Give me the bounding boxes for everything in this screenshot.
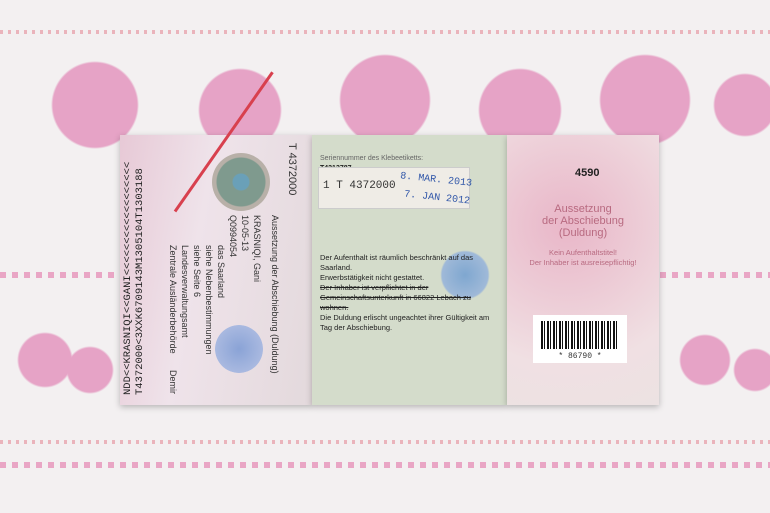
barcode-icon <box>541 321 619 349</box>
barcode-number: * 86790 * <box>533 352 627 361</box>
official-stamp-seal <box>215 325 263 373</box>
page-number: 4590 <box>575 167 599 179</box>
document-left-page: NDD<<KRASNIQI<<GANI<<<<<<<<<<<<<<<<<< T4… <box>120 135 312 405</box>
note-line: Erwerbstätigkeit nicht gestattet. <box>320 273 500 283</box>
document-number: T 4372000 <box>286 143 298 195</box>
warning-line: Der Inhaber ist ausreisepflichtig! <box>507 258 659 268</box>
warning-text: Kein Aufenthaltstitel! Der Inhaber ist a… <box>507 248 659 268</box>
mrz-line-1: NDD<<KRASNIQI<<GANI<<<<<<<<<<<<<<<<<< <box>122 135 134 395</box>
notes-block: Der Aufenthalt ist räumlich beschränkt a… <box>320 253 500 333</box>
document-header: Aussetzung der Abschiebung (Duldung) <box>270 215 280 374</box>
mrz-line-2: T4372000<3XXK6709143M1305104T1303188 <box>134 135 146 395</box>
holder-date: 10-05-13 <box>240 215 250 251</box>
office: Zentrale Ausländerbehörde <box>168 245 178 354</box>
page-title: Aussetzung der Abschiebung (Duldung) <box>507 203 659 239</box>
title-line: der Abschiebung <box>507 215 659 227</box>
fabric-border-top <box>0 30 770 34</box>
note-line: Die Duldung erlischt ungeachtet ihrer Gü… <box>320 313 500 333</box>
sticker-number: 1 T 4372000 <box>323 180 396 192</box>
authority: Landesverwaltungsamt <box>180 245 190 338</box>
hologram-seal <box>212 153 270 211</box>
mrz-zone: NDD<<KRASNIQI<<GANI<<<<<<<<<<<<<<<<<< T4… <box>122 135 146 395</box>
fabric-band <box>0 462 770 468</box>
title-line: (Duldung) <box>507 227 659 239</box>
barcode-sticker: * 86790 * <box>533 315 627 363</box>
title-line: Aussetzung <box>507 203 659 215</box>
document-right-page: 4590 Aussetzung der Abschiebung (Duldung… <box>507 135 659 405</box>
holder-name: KRASNIQI, Gani <box>252 215 262 282</box>
see-page: siehe Seite 6 <box>192 245 202 297</box>
fabric-border-bottom <box>0 440 770 444</box>
signature: Demir <box>168 370 178 394</box>
holder-id: Q0994054 <box>228 215 238 257</box>
warning-line: Kein Aufenthaltstitel! <box>507 248 659 258</box>
document-middle-page: Seriennummer des Klebeetiketts: T4213787… <box>312 135 507 405</box>
note-line: Der Aufenthalt ist räumlich beschränkt a… <box>320 253 500 273</box>
serial-label: Seriennummer des Klebeetiketts: <box>320 155 423 162</box>
note-line-struck: Der Inhaber ist verpflichtet in der Geme… <box>320 283 500 313</box>
note: siehe Nebenbestimmungen <box>204 245 214 355</box>
restriction: das Saarland <box>216 245 226 298</box>
